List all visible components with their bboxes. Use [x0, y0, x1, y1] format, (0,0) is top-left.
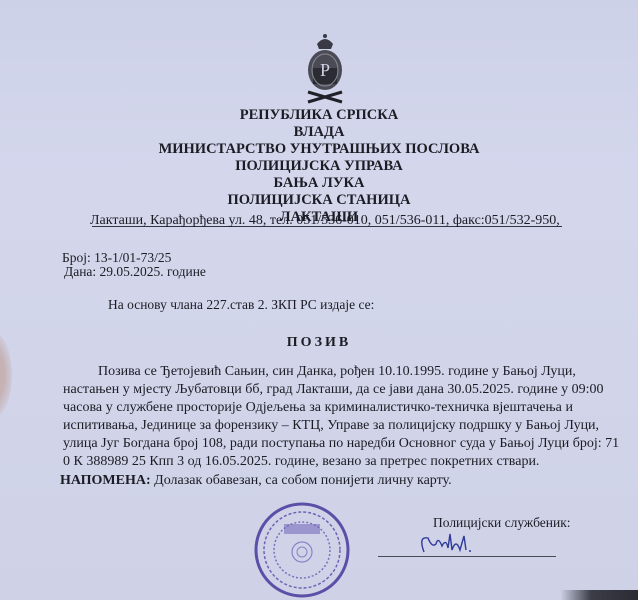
legal-basis: На основу члана 227.став 2. ЗКП РС издај…: [108, 297, 374, 313]
letterhead-line: ВЛАДА: [0, 124, 638, 141]
letterhead-line: ПОЛИЦИЈСКА УПРАВА: [0, 158, 638, 175]
note-text: Долазак обавезан, са собом понијети личн…: [151, 473, 452, 488]
station-address: Лакташи, Карађорђева ул. 48, тел. 051/53…: [90, 213, 560, 229]
svg-text:P: P: [320, 60, 330, 80]
body-line: настањен у мјесту Љубатовци бб, град Лак…: [63, 382, 573, 398]
body-line: часова у службене просторије Одјељења за…: [63, 400, 573, 416]
signature-line: [378, 556, 556, 557]
body-line: улица Југ Богдана број 108, ради поступа…: [63, 436, 573, 452]
signature-icon: [410, 530, 490, 556]
letterhead-line: ПОЛИЦИЈСКА СТАНИЦА: [0, 192, 638, 209]
note-label: НАПОМЕНА:: [60, 473, 151, 488]
document-title: ПОЗИВ: [0, 335, 638, 351]
official-stamp-icon: [252, 500, 352, 600]
officer-label: Полицијски службеник:: [433, 515, 571, 531]
table-shadow: [560, 590, 638, 600]
police-crest-icon: P: [300, 30, 350, 110]
document-date: Дана: 29.05.2025. године: [64, 264, 206, 280]
letterhead-line: РЕПУБЛИКА СРПСКА: [0, 107, 638, 124]
body-line: 0 К 388989 25 Кпп 3 од 16.05.2025. годин…: [63, 454, 573, 470]
body-line: испитивања, Јединице за форензику – КТЦ,…: [63, 418, 573, 434]
letterhead-line: МИНИСТАРСТВО УНУТРАШЊИХ ПОСЛОВА: [0, 141, 638, 158]
note: НАПОМЕНА: Долазак обавезан, са собом пон…: [60, 473, 452, 489]
body-line: Позива се Ђетојевић Сањин, син Данка, ро…: [98, 364, 573, 380]
letterhead-line: БАЊА ЛУКА: [0, 175, 638, 192]
